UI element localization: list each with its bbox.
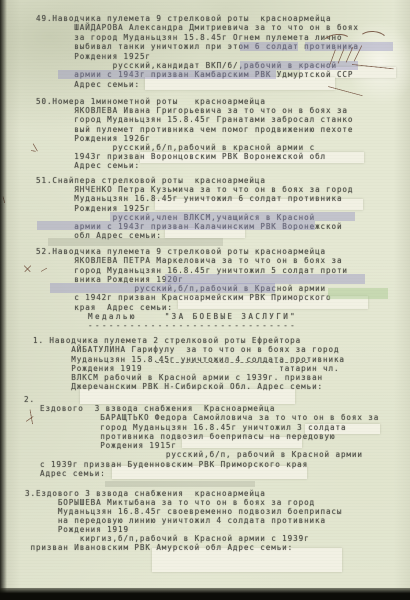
text-line: Рождения 1925г <box>36 52 359 61</box>
text-line: Адрес семьи: <box>36 161 353 170</box>
scan-paper: 49.Наводчика пулемета 9 стрелковой роты … <box>0 0 410 600</box>
text-line: 50.Номера 1минометной роты красноармейца <box>36 97 353 106</box>
text-line: вника Рождения 1920г <box>36 275 348 284</box>
text-line: город Муданьцзян 16.8.45г уничтожил 3 со… <box>40 423 379 432</box>
text-line: город Муданьцзян 16.8.45г уничтожил 5 со… <box>36 266 348 275</box>
entry-51: 51.Снайпера стрелковой роты красноармейц… <box>36 176 353 240</box>
text-line: Муданьцзян 16.8.45г своевременно подвози… <box>25 507 342 516</box>
entry-2-number: 2. <box>24 395 35 404</box>
pen-stroke <box>31 150 36 152</box>
text-line: Муданьцзян 16.8.45г уничтожил 6 солдат п… <box>36 194 353 203</box>
entry-1: 1. Наводчика пулемета 2 стрелковой роты … <box>33 336 345 392</box>
medal-heading: Медалью "ЗА БОЕВЫЕ ЗАСЛУГИ"-------------… <box>88 312 297 330</box>
bottom-scan-edge <box>0 588 410 600</box>
text-line: русский,б/п, рабочий в Красной армии <box>40 450 379 459</box>
text-line: 2. <box>24 395 35 404</box>
text-line: с 1942г призван Красноармейским РВК Прим… <box>36 293 348 302</box>
text-line: 3.Ездового 3 взвода снабжения красноарме… <box>25 489 342 498</box>
text-line: ------------------------------ <box>88 321 297 330</box>
text-line: АЙБАТУЛИНА Гарифулу за то что он в боях … <box>33 345 345 354</box>
text-line: армии с 1943г призван Камбарским РВК Удм… <box>36 70 359 79</box>
text-line: Рождения 1919 <box>25 525 342 534</box>
text-line: город Муданьцзян 15.8.45г Гранатами забр… <box>36 115 353 124</box>
text-line: на передовую линию уничтожил 4 солдата п… <box>25 516 342 525</box>
text-line: призван Ивановским РВК Амурской обл Адре… <box>25 543 342 552</box>
text-line: ЯНЧЕНКО Петра Кузьмича за то что он в бо… <box>36 185 353 194</box>
text-line: Рождения 1925г <box>36 204 353 213</box>
pen-stroke <box>357 30 388 52</box>
text-line: русский,член ВЛКСМ,учащийся в Красной <box>36 213 353 222</box>
entry-52: 52.Наводчика пулемета 9 стрелковой роты … <box>36 247 348 312</box>
text-line: за город Муданьцзян 15.8.45г Огнем пулем… <box>36 33 359 42</box>
text-line: 1. Наводчика пулемета 2 стрелковой роты … <box>33 336 345 345</box>
text-line: ЯКОВЛЕВА ПЕТРА Маркеловича за то что он … <box>36 256 348 265</box>
text-line: БАРАЩТЬКО Федора Самойловича за то что о… <box>40 413 379 422</box>
text-line: с 1939г призван Буденновским РВК Приморс… <box>40 460 379 469</box>
entry-2: Ездового 3 взвода снабжения Красноармейц… <box>40 404 379 478</box>
text-line: обл Адрес семьи: <box>36 231 353 240</box>
typed-dash-rule <box>156 362 308 363</box>
text-line: киргиз,б/п,рабочий в Красной армии с 193… <box>25 534 342 543</box>
text-line: 1943г призван Воронцовским РВК Воронежск… <box>36 152 353 161</box>
entry-49: 49.Наводчика пулемета 9 стрелковой роты … <box>36 14 359 89</box>
text-line: 49.Наводчика пулемета 9 стрелковой роты … <box>36 14 359 23</box>
entry-50: 50.Номера 1минометной роты красноармейца… <box>36 97 353 171</box>
text-line: Рождения 1919 татарин чл. <box>33 364 345 373</box>
text-line: края Адрес семьи: <box>36 303 348 312</box>
text-line: БОРЫШЕВА Миктыбана за то что он в боях з… <box>25 498 342 507</box>
text-line: Адрес семьи: <box>40 469 379 478</box>
text-line: армии с 1943г призван Калачинским РВК Во… <box>36 222 353 231</box>
left-scan-edge <box>0 0 7 600</box>
text-line: выбивал танки уничтожил при этом 6 солда… <box>36 42 359 51</box>
highlight-band <box>105 481 255 487</box>
text-line: Рождения 1926г <box>36 134 353 143</box>
text-line: Медалью "ЗА БОЕВЫЕ ЗАСЛУГИ" <box>88 312 297 321</box>
text-line: вый пулемет противника чем помог продвиж… <box>36 125 353 134</box>
text-line: русский,б/п,рабочий в красной армии с <box>36 143 353 152</box>
text-line: Адрес семьи: <box>36 80 359 89</box>
text-line: Джеречанским РВК Н-Сибирской Обл. Адрес … <box>33 382 345 391</box>
text-line: Ездового 3 взвода снабжения Красноармейц… <box>40 404 379 413</box>
text-line: ШАЙДАРОВА Александра Дмитриевича за то ч… <box>36 23 359 32</box>
text-line: противника подвозил боеприпасы на передо… <box>40 432 379 441</box>
entry-3: 3.Ездового 3 взвода снабжения красноарме… <box>25 489 342 552</box>
text-line: 51.Снайпера стрелковой роты красноармейц… <box>36 176 353 185</box>
text-line: 52.Наводчика пулемета 9 стрелковой роты … <box>36 247 348 256</box>
